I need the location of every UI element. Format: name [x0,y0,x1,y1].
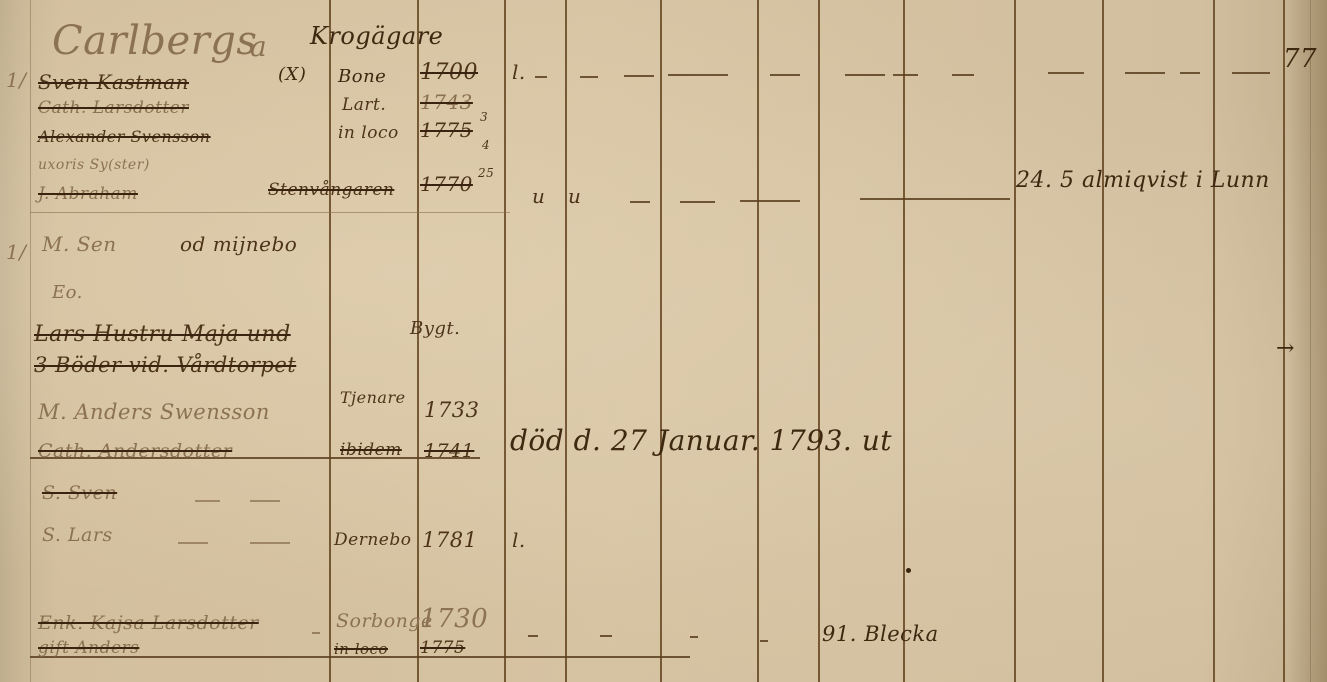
member-year: 1770 [420,172,473,196]
remark: 91. Blecka [822,622,939,646]
member-year: 1741 [424,440,474,462]
member-note: od mijnebo [180,232,297,256]
member-name: J. Abraham [38,184,138,204]
heading-note: Krogägare [310,22,443,50]
register-page: Carlbergs a Krogägare 1/ 1/ Sven Kastman… [0,0,1327,682]
member-name: Alexander Svensson [38,127,211,146]
member-place: Sorbonge [336,610,433,632]
member-year: 1700 [420,60,478,85]
page-reference: 77 [1283,44,1317,74]
member-name: 3 Böder vid. Vårdtorpet [34,353,296,377]
column-mark: l. [512,60,526,84]
member-year: 1733 [424,398,479,422]
margin-note: 1/ [6,240,26,264]
member-name: Sven Kastman [38,70,189,94]
member-name: S. Sven [42,482,117,504]
member-mark: (X) [278,64,306,85]
death-remark: död d. 27 Januar. 1793. ut [510,424,892,457]
column-rule [1014,0,1016,682]
member-name: Cath. Andersdotter [38,440,232,462]
farm-heading-suffix: a [250,30,267,63]
column-mark: u [568,184,581,208]
member-name: Eo. [52,282,83,303]
column-rule [660,0,662,682]
member-place: Lart. [342,95,386,115]
member-name: M. Anders Swensson [38,400,270,424]
member-place: in loco [338,123,399,143]
ink-dot [906,568,911,573]
member-year: 1775 [420,118,473,142]
farm-heading: Carlbergs [52,18,257,64]
household-separator [30,212,510,213]
column-rule [1102,0,1104,682]
member-name: Lars Hustru Maja und [34,322,291,347]
member-name: Cath. Larsdotter [38,98,189,118]
member-year: 1775 [420,638,465,658]
member-place: Stenvångaren [268,180,394,200]
member-name: S. Lars [42,524,113,546]
member-year: 1730 [420,604,488,634]
member-name: uxoris Sy(ster) [38,157,150,173]
column-rule [1213,0,1215,682]
member-place: Dernebo [334,530,411,550]
column-rule [757,0,759,682]
member-name: gift Anders [38,638,139,658]
margin-note: 1/ [6,68,26,92]
column-rule [818,0,820,682]
member-year: 1743 [420,90,473,114]
member-place: ibidem [340,440,402,460]
column-rule [903,0,905,682]
column-rule [504,0,506,682]
column-rule [565,0,567,682]
column-mark: u [532,184,545,208]
column-rule [329,0,331,682]
remark: 24. 5 almiqvist i Lunn [1016,168,1270,193]
member-year-sup: 25 [478,166,494,180]
member-place: Tjenare [340,388,406,407]
arrow-icon: → [1276,336,1295,361]
member-name: M. Sen [42,232,117,256]
member-year-sub: 4 [482,138,490,152]
column-rule [417,0,419,682]
margin-rule [30,0,31,682]
member-place: in loco [334,640,388,658]
column-mark: l. [512,528,526,552]
member-year: 1781 [422,528,477,552]
member-place: Bygt. [410,318,460,339]
member-place: Bone [338,66,386,87]
member-year-sup: 3 [480,110,488,124]
member-name: Enk. Kajsa Larsdotter [38,612,259,634]
